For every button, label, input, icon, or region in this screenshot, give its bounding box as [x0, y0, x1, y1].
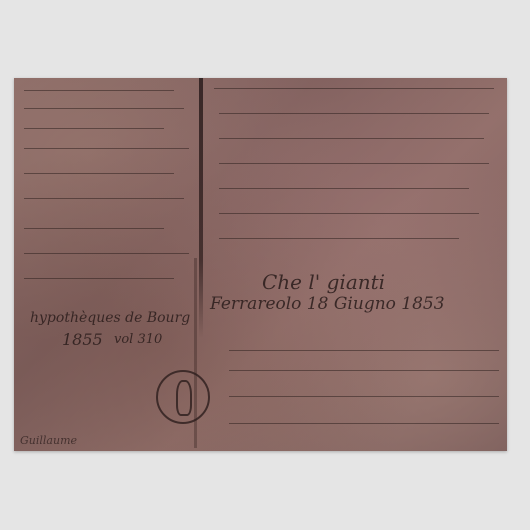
manuscript-volume: vol 310	[114, 332, 162, 347]
paper-crease	[199, 78, 203, 338]
postal-stamp	[156, 370, 210, 424]
manuscript-year: 1855	[62, 330, 103, 349]
stamp-emblem-icon	[176, 380, 192, 416]
manuscript-line: Che l' gianti	[262, 270, 385, 294]
manuscript-paper: hypothèques de Bourg 1855 vol 310 Che l'…	[14, 78, 507, 451]
manuscript-date: Ferrareolo 18 Giugno 1853	[210, 294, 445, 314]
manuscript-line: Guillaume	[20, 434, 77, 447]
manuscript-line: hypothèques de Bourg	[30, 310, 190, 326]
